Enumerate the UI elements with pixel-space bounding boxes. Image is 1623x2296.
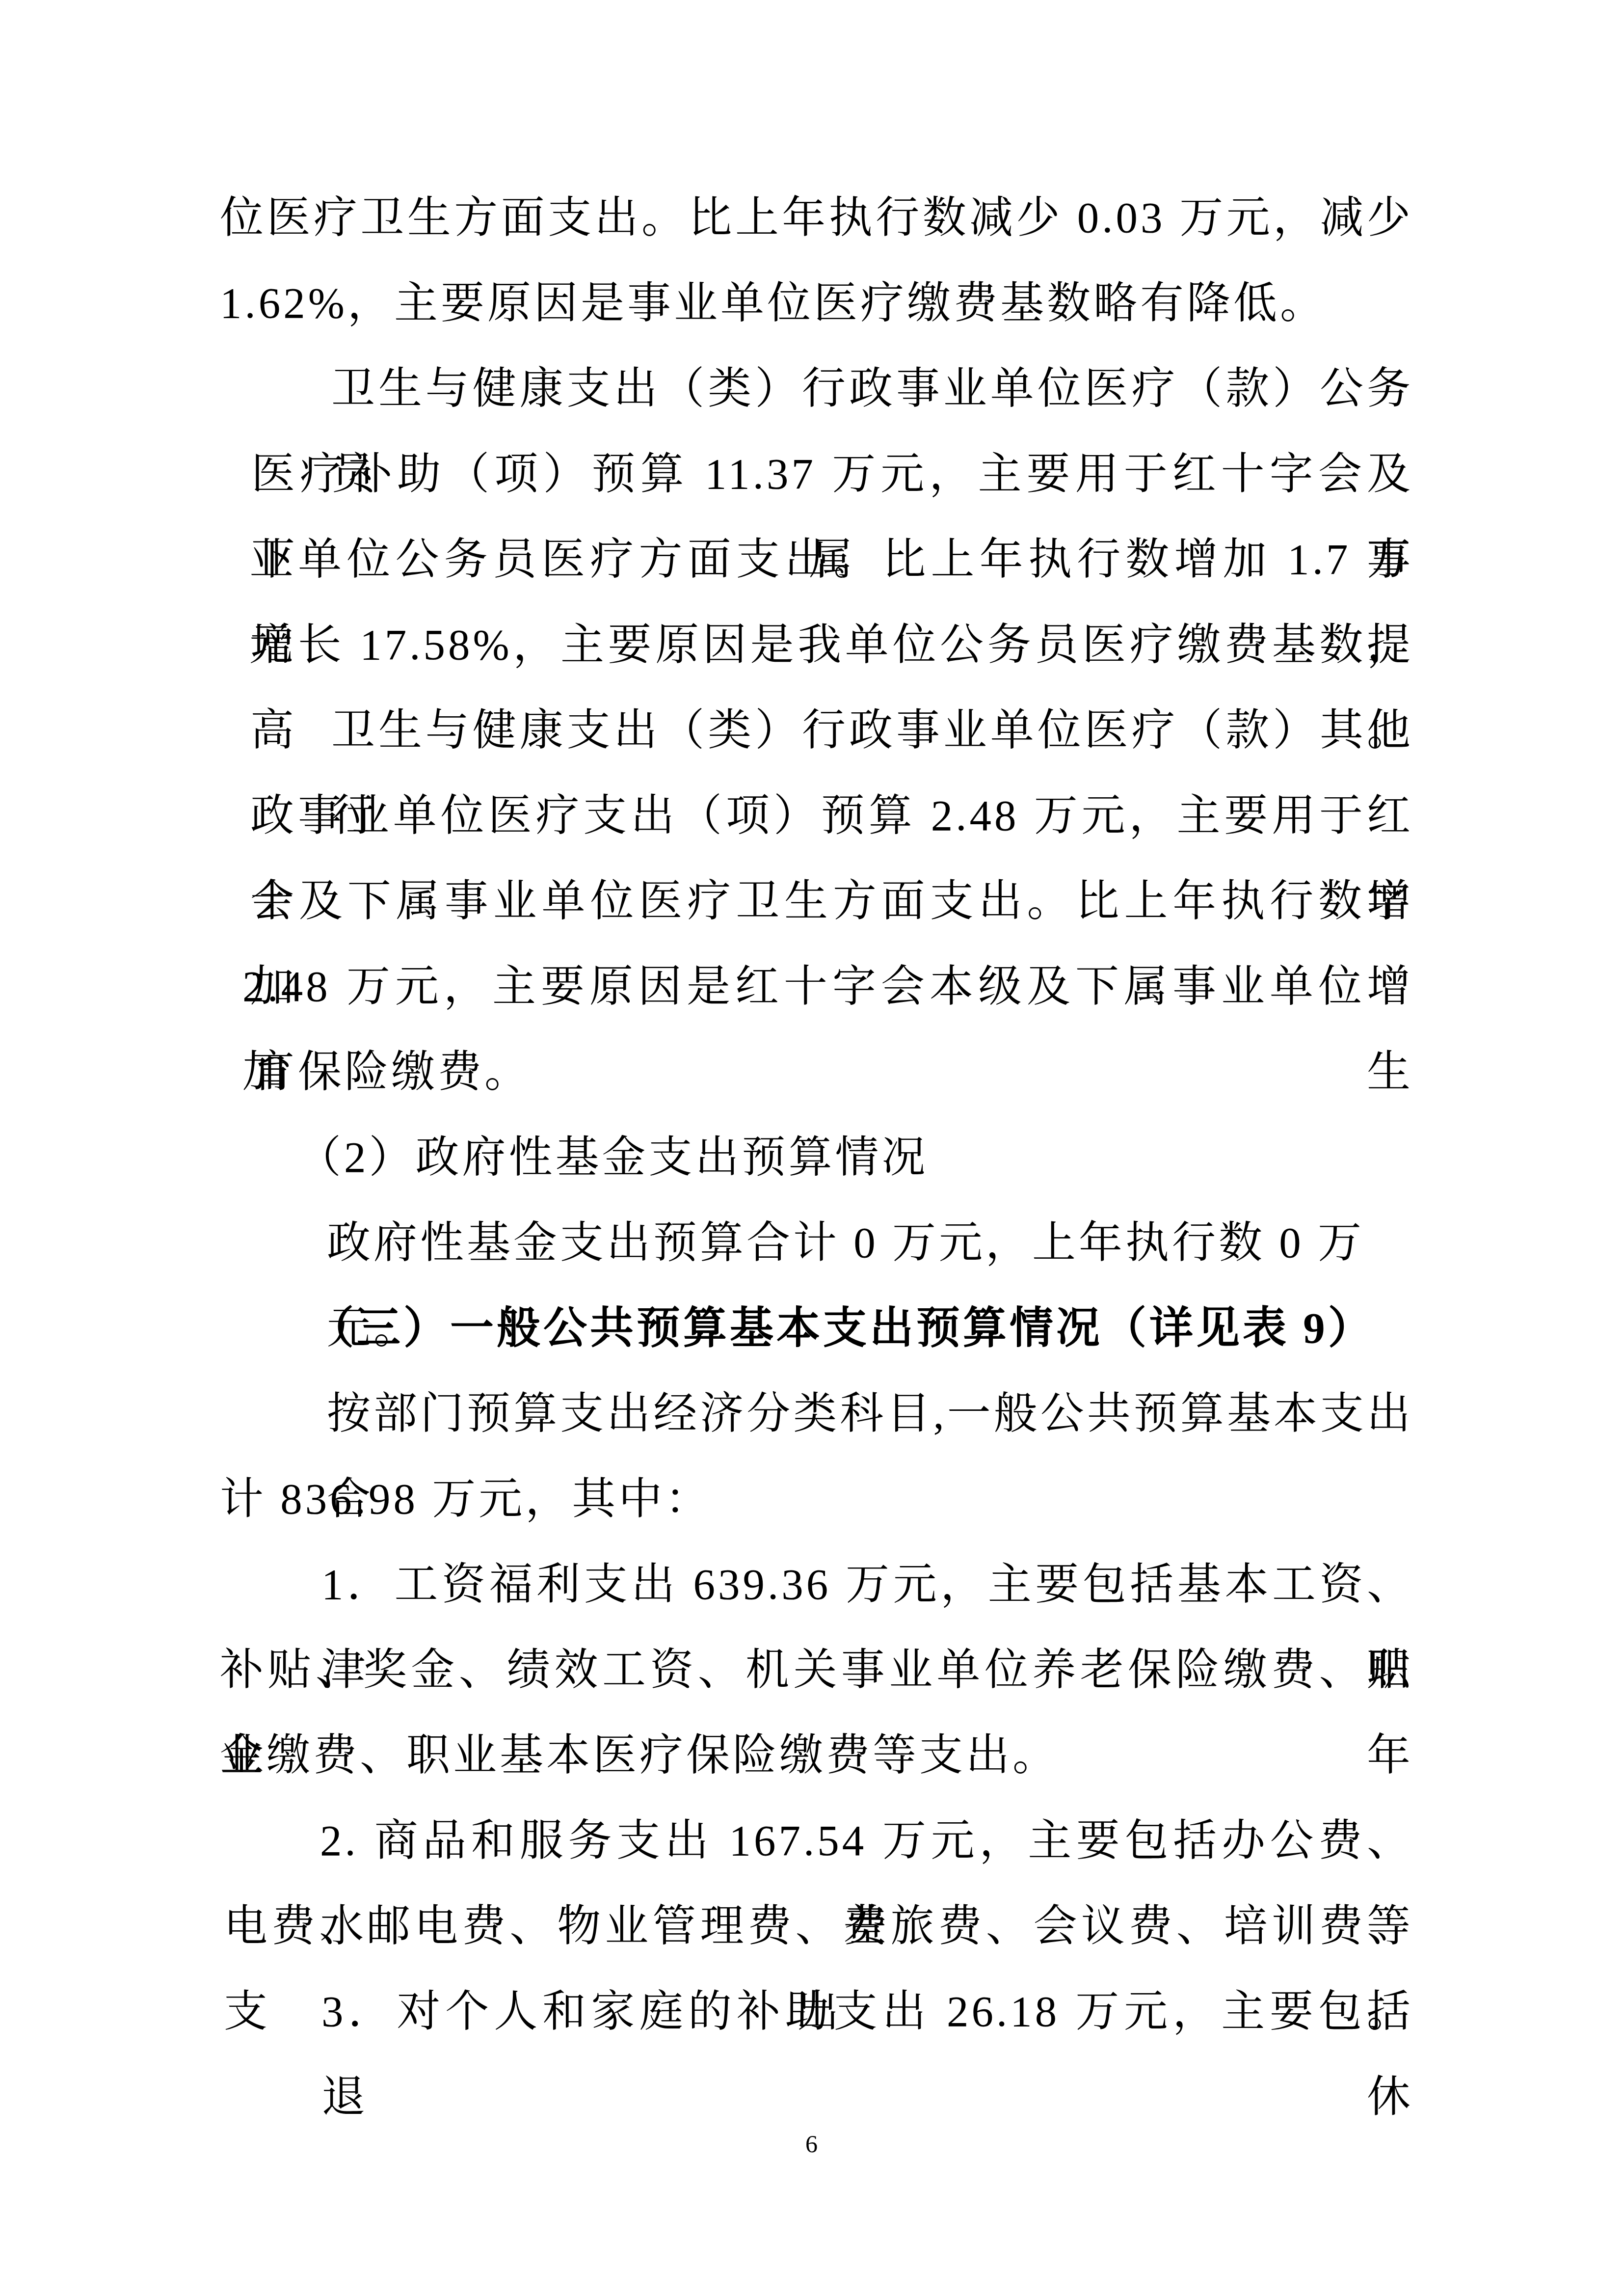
text-line: 按部门预算支出经济分类科目,一般公共预算基本支出合 (220, 1371, 1413, 1457)
text-line: 会及下属事业单位医疗卫生方面支出。比上年执行数增加 (220, 859, 1413, 944)
text-line: 2. 商品和服务支出 167.54 万元，主要包括办公费、水费、 (220, 1798, 1413, 1884)
text-line: 计 836.98 万元，其中： (220, 1457, 1413, 1542)
text-line: 卫生与健康支出（类）行政事业单位医疗（款）其他行 (220, 688, 1413, 773)
section-heading: （三）一般公共预算基本支出预算情况（详见表 9） (220, 1286, 1413, 1371)
text-line: 卫生与健康支出（类）行政事业单位医疗（款）公务员 (220, 346, 1413, 432)
page-number: 6 (0, 2131, 1623, 2157)
text-line: 2.48 万元，主要原因是红十字会本级及下属事业单位增加生 (220, 944, 1413, 1029)
text-line: 电费、邮电费、物业管理费、差旅费、会议费、培训费等支出。 (220, 1884, 1413, 1969)
text-line: 补贴、奖金、绩效工资、机关事业单位养老保险缴费、职业年 (220, 1627, 1413, 1713)
document-body: 位医疗卫生方面支出。比上年执行数减少 0.03 万元，减少 1.62%，主要原因… (220, 175, 1413, 2054)
text-line: 3．对个人和家庭的补助支出 26.18 万元，主要包括退休 (220, 1969, 1413, 2054)
text-line: 医疗补助（项）预算 11.37 万元，主要用于红十字会及下属事 (220, 432, 1413, 517)
text-line: 1．工资福利支出 639.36 万元，主要包括基本工资、津贴 (220, 1542, 1413, 1627)
subsection-heading: （2）政府性基金支出预算情况 (220, 1115, 1413, 1200)
text-line: 政府性基金支出预算合计 0 万元，上年执行数 0 万元。 (220, 1200, 1413, 1286)
text-line: 业单位公务员医疗方面支出。比上年执行数增加 1.7 万元， (220, 517, 1413, 602)
document-page: 位医疗卫生方面支出。比上年执行数减少 0.03 万元，减少 1.62%，主要原因… (0, 0, 1623, 2296)
text-line: 政事业单位医疗支出（项）预算 2.48 万元，主要用于红十字 (220, 773, 1413, 859)
text-line: 位医疗卫生方面支出。比上年执行数减少 0.03 万元，减少 (220, 175, 1413, 261)
text-line: 增长 17.58%，主要原因是我单位公务员医疗缴费基数提高。 (220, 602, 1413, 688)
text-line: 1.62%，主要原因是事业单位医疗缴费基数略有降低。 (220, 261, 1413, 346)
